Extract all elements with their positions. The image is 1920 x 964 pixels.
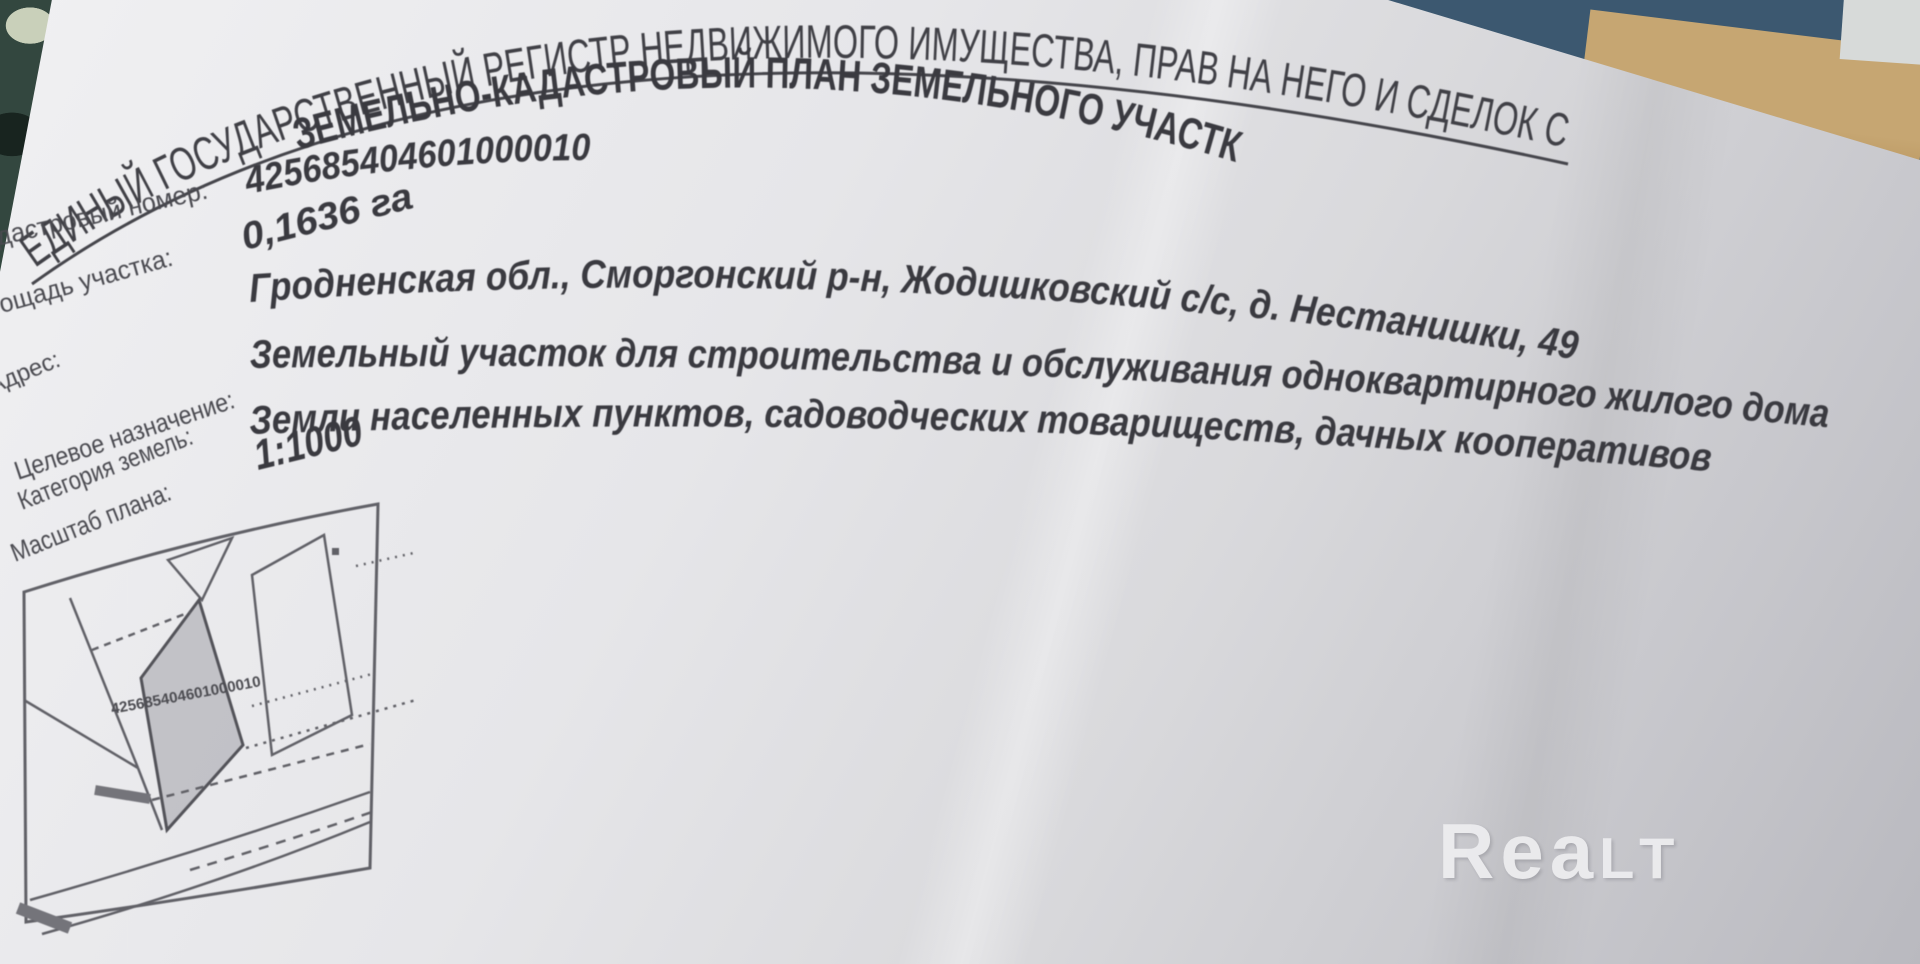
plan-road-edge [70,598,138,768]
realt-watermark-part1: Rea [1438,807,1599,895]
plan-dotted-line [356,552,418,566]
plan-dotted-line [252,674,372,706]
plan-thick-segment [95,790,150,799]
photo-scene: ЕДИНЫЙ ГОСУДАРСТВЕННЫЙ РЕГИСТР НЕДВИЖИМО… [0,0,1920,964]
plan-road [30,792,370,900]
plan-dot [332,548,339,555]
plan-dashed-line [190,812,372,870]
parcel-shaded [141,600,243,830]
realt-watermark: Realt [1438,806,1683,897]
registry-header-text: ЕДИНЫЙ ГОСУДАРСТВЕННЫЙ РЕГИСТР НЕДВИЖИМО… [0,0,1574,276]
parcel-neighbor [252,535,352,755]
field-label-address: Адрес: [0,346,64,399]
realt-watermark-part2: lt [1599,827,1683,891]
plan-map: 425685404601000010 [18,504,418,934]
